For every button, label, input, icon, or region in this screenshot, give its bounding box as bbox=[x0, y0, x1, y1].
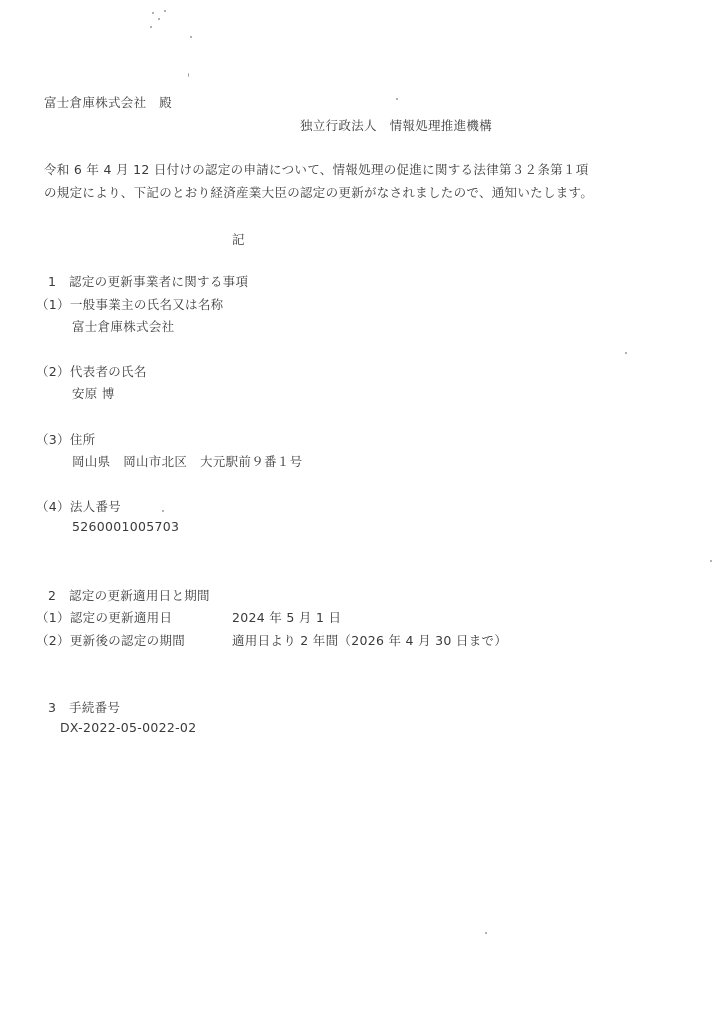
scan-speck bbox=[485, 932, 487, 934]
scan-speck bbox=[158, 18, 160, 20]
section-1-item-4-label: （4）法人番号 bbox=[36, 497, 121, 515]
procedure-number: DX-2022-05-0022-02 bbox=[60, 720, 196, 735]
section-2-item-2-label: （2）更新後の認定の期間 bbox=[36, 631, 185, 649]
scan-speck bbox=[625, 352, 627, 354]
section-2-item-1-label: （1）認定の更新適用日 bbox=[36, 608, 172, 626]
body-line-1: 令和 6 年 4 月 12 日付けの認定の申請について、情報処理の促進に関する法… bbox=[44, 160, 589, 178]
addressee: 富士倉庫株式会社 殿 bbox=[44, 93, 172, 111]
section-1-item-2-label: （2）代表者の氏名 bbox=[36, 362, 147, 380]
body-line-2: の規定により、下記のとおり経済産業大臣の認定の更新がなされましたので、通知いたし… bbox=[44, 183, 593, 201]
section-1-item-2-value: 安原 博 bbox=[72, 384, 115, 402]
scan-speck bbox=[710, 560, 712, 562]
sender: 独立行政法人 情報処理推進機構 bbox=[300, 116, 492, 134]
section-1-item-3-value: 岡山県 岡山市北区 大元駅前９番１号 bbox=[72, 452, 302, 470]
scan-speck bbox=[150, 26, 152, 28]
section-2-item-1-value: 2024 年 5 月 1 日 bbox=[232, 608, 341, 626]
section-2-heading: 2 認定の更新適用日と期間 bbox=[48, 586, 210, 604]
scan-speck bbox=[396, 98, 398, 100]
scan-speck bbox=[162, 510, 164, 512]
section-1-heading: 1 認定の更新事業者に関する事項 bbox=[48, 272, 248, 290]
section-1-item-1-value: 富士倉庫株式会社 bbox=[72, 317, 174, 335]
scan-speck bbox=[188, 73, 189, 77]
section-2-item-2-value: 適用日より 2 年間（2026 年 4 月 30 日まで） bbox=[232, 631, 507, 649]
section-3-heading: 3 手続番号 bbox=[48, 698, 120, 716]
section-1-item-3-label: （3）住所 bbox=[36, 430, 95, 448]
scan-speck bbox=[152, 12, 154, 14]
ki-heading: 記 bbox=[232, 230, 245, 248]
section-1-item-4-value: 5260001005703 bbox=[72, 519, 179, 534]
section-1-item-1-label: （1）一般事業主の氏名又は名称 bbox=[36, 295, 223, 313]
scan-speck bbox=[190, 36, 192, 38]
scan-speck bbox=[164, 10, 166, 12]
